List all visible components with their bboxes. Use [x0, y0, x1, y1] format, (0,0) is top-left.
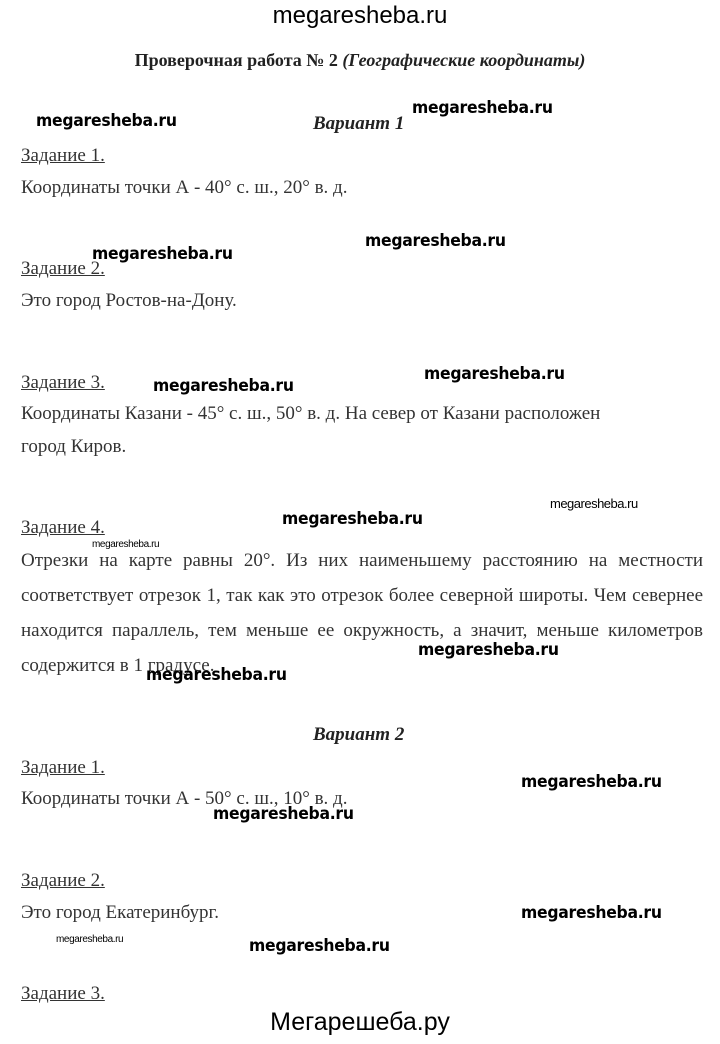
v1-task-3-answer-line-1: Координаты Казани - 45° с. ш., 50° в. д.… — [21, 403, 600, 425]
variant-2-heading: Вариант 2 — [313, 724, 404, 746]
watermark: megaresheba.ru — [249, 936, 390, 956]
v1-task-4-answer: Отрезки на карте равны 20°. Из них наиме… — [21, 543, 703, 683]
watermark: megaresheba.ru — [92, 244, 233, 264]
v1-task-1-answer: Координаты точки А - 40° с. ш., 20° в. д… — [21, 177, 347, 199]
v1-task-2-answer: Это город Ростов-на-Дону. — [21, 290, 237, 312]
watermark: megaresheba.ru — [365, 231, 506, 251]
watermark: megaresheba.ru — [418, 640, 559, 660]
watermark: megaresheba.ru — [412, 98, 553, 118]
v1-task-3-label: Задание 3. — [21, 372, 105, 394]
watermark: megaresheba.ru — [521, 903, 662, 923]
v2-task-2-label: Задание 2. — [21, 870, 105, 892]
page-title: Проверочная работа № 2 (Географические к… — [0, 50, 720, 71]
v1-task-1-label: Задание 1. — [21, 145, 105, 167]
v1-task-4-label: Задание 4. — [21, 517, 105, 539]
title-topic: (Географические координаты) — [342, 50, 585, 70]
watermark: megaresheba.ru — [36, 111, 177, 131]
watermark: megaresheba.ru — [424, 364, 565, 384]
watermark: megaresheba.ru — [146, 665, 287, 685]
v2-task-3-label: Задание 3. — [21, 983, 105, 1005]
watermark: megaresheba.ru — [521, 772, 662, 792]
v2-task-1-label: Задание 1. — [21, 757, 105, 779]
v2-task-2-answer: Это город Екатеринбург. — [21, 902, 219, 924]
watermark: megaresheba.ru — [282, 509, 423, 529]
watermark: megaresheba.ru — [92, 539, 159, 550]
watermark: megaresheba.ru — [153, 376, 294, 396]
header-watermark: megaresheba.ru — [0, 2, 720, 30]
watermark: megaresheba.ru — [56, 934, 123, 945]
watermark: megaresheba.ru — [213, 804, 354, 824]
title-main: Проверочная работа № 2 — [135, 50, 343, 70]
variant-1-heading: Вариант 1 — [313, 113, 404, 135]
footer-watermark: Мегарешеба.ру — [0, 1008, 720, 1037]
v1-task-3-answer-line-2: город Киров. — [21, 436, 126, 458]
watermark: megaresheba.ru — [550, 496, 638, 511]
